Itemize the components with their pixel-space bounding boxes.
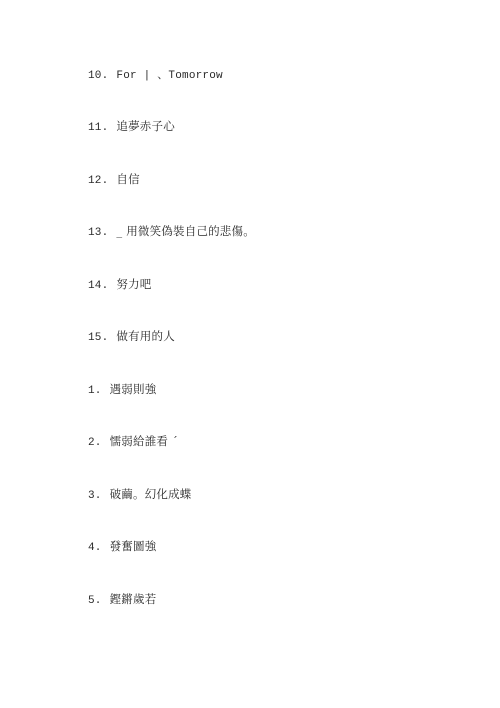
list-item: 15.做有用的人: [88, 328, 175, 346]
list-item-number: 15.: [88, 330, 108, 346]
list-item-text: 自信: [116, 171, 139, 187]
list-item: 10.For | 、Tomorrow: [88, 66, 223, 84]
list-item-number: 12.: [88, 173, 108, 189]
list-item-number: 10.: [88, 68, 108, 84]
list-item-number: 2.: [88, 435, 102, 451]
list-item: 5.鏗鏘歲若: [88, 591, 156, 609]
list-item-text: 鏗鏘歲若: [110, 591, 157, 607]
list-item: 2.懦弱給誰看 ˊ: [88, 433, 178, 451]
list-item: 11.追夢赤子心: [88, 118, 175, 136]
list-item-text: 努力吧: [116, 276, 151, 292]
list-item-text: 做有用的人: [116, 328, 175, 344]
list-item-text: _ 用微笑偽裝自己的悲傷。: [116, 223, 255, 239]
list-item-number: 3.: [88, 488, 102, 504]
list-item: 12.自信: [88, 171, 140, 189]
document-page: 10.For | 、Tomorrow 11.追夢赤子心 12.自信 13._ 用…: [0, 0, 500, 708]
list-item: 3.破繭。幻化成蝶: [88, 486, 192, 504]
list-item: 1.遇弱則強: [88, 381, 156, 399]
list-item-text: For | 、Tomorrow: [116, 68, 222, 84]
list-item-number: 13.: [88, 225, 108, 241]
list-item-text: 追夢赤子心: [116, 118, 175, 134]
list-item-text: 發奮圖強: [110, 538, 157, 554]
list-item-number: 1.: [88, 383, 102, 399]
list-item-number: 14.: [88, 278, 108, 294]
list-item: 13._ 用微笑偽裝自己的悲傷。: [88, 223, 255, 241]
list-item-number: 5.: [88, 593, 102, 609]
list-item: 14.努力吧: [88, 276, 152, 294]
list-item-text: 遇弱則強: [110, 381, 157, 397]
list-item-text: 破繭。幻化成蝶: [110, 486, 192, 502]
list-item-number: 4.: [88, 540, 102, 556]
list-item: 4.發奮圖強: [88, 538, 156, 556]
list-item-number: 11.: [88, 120, 108, 136]
list-item-text: 懦弱給誰看 ˊ: [110, 433, 178, 449]
